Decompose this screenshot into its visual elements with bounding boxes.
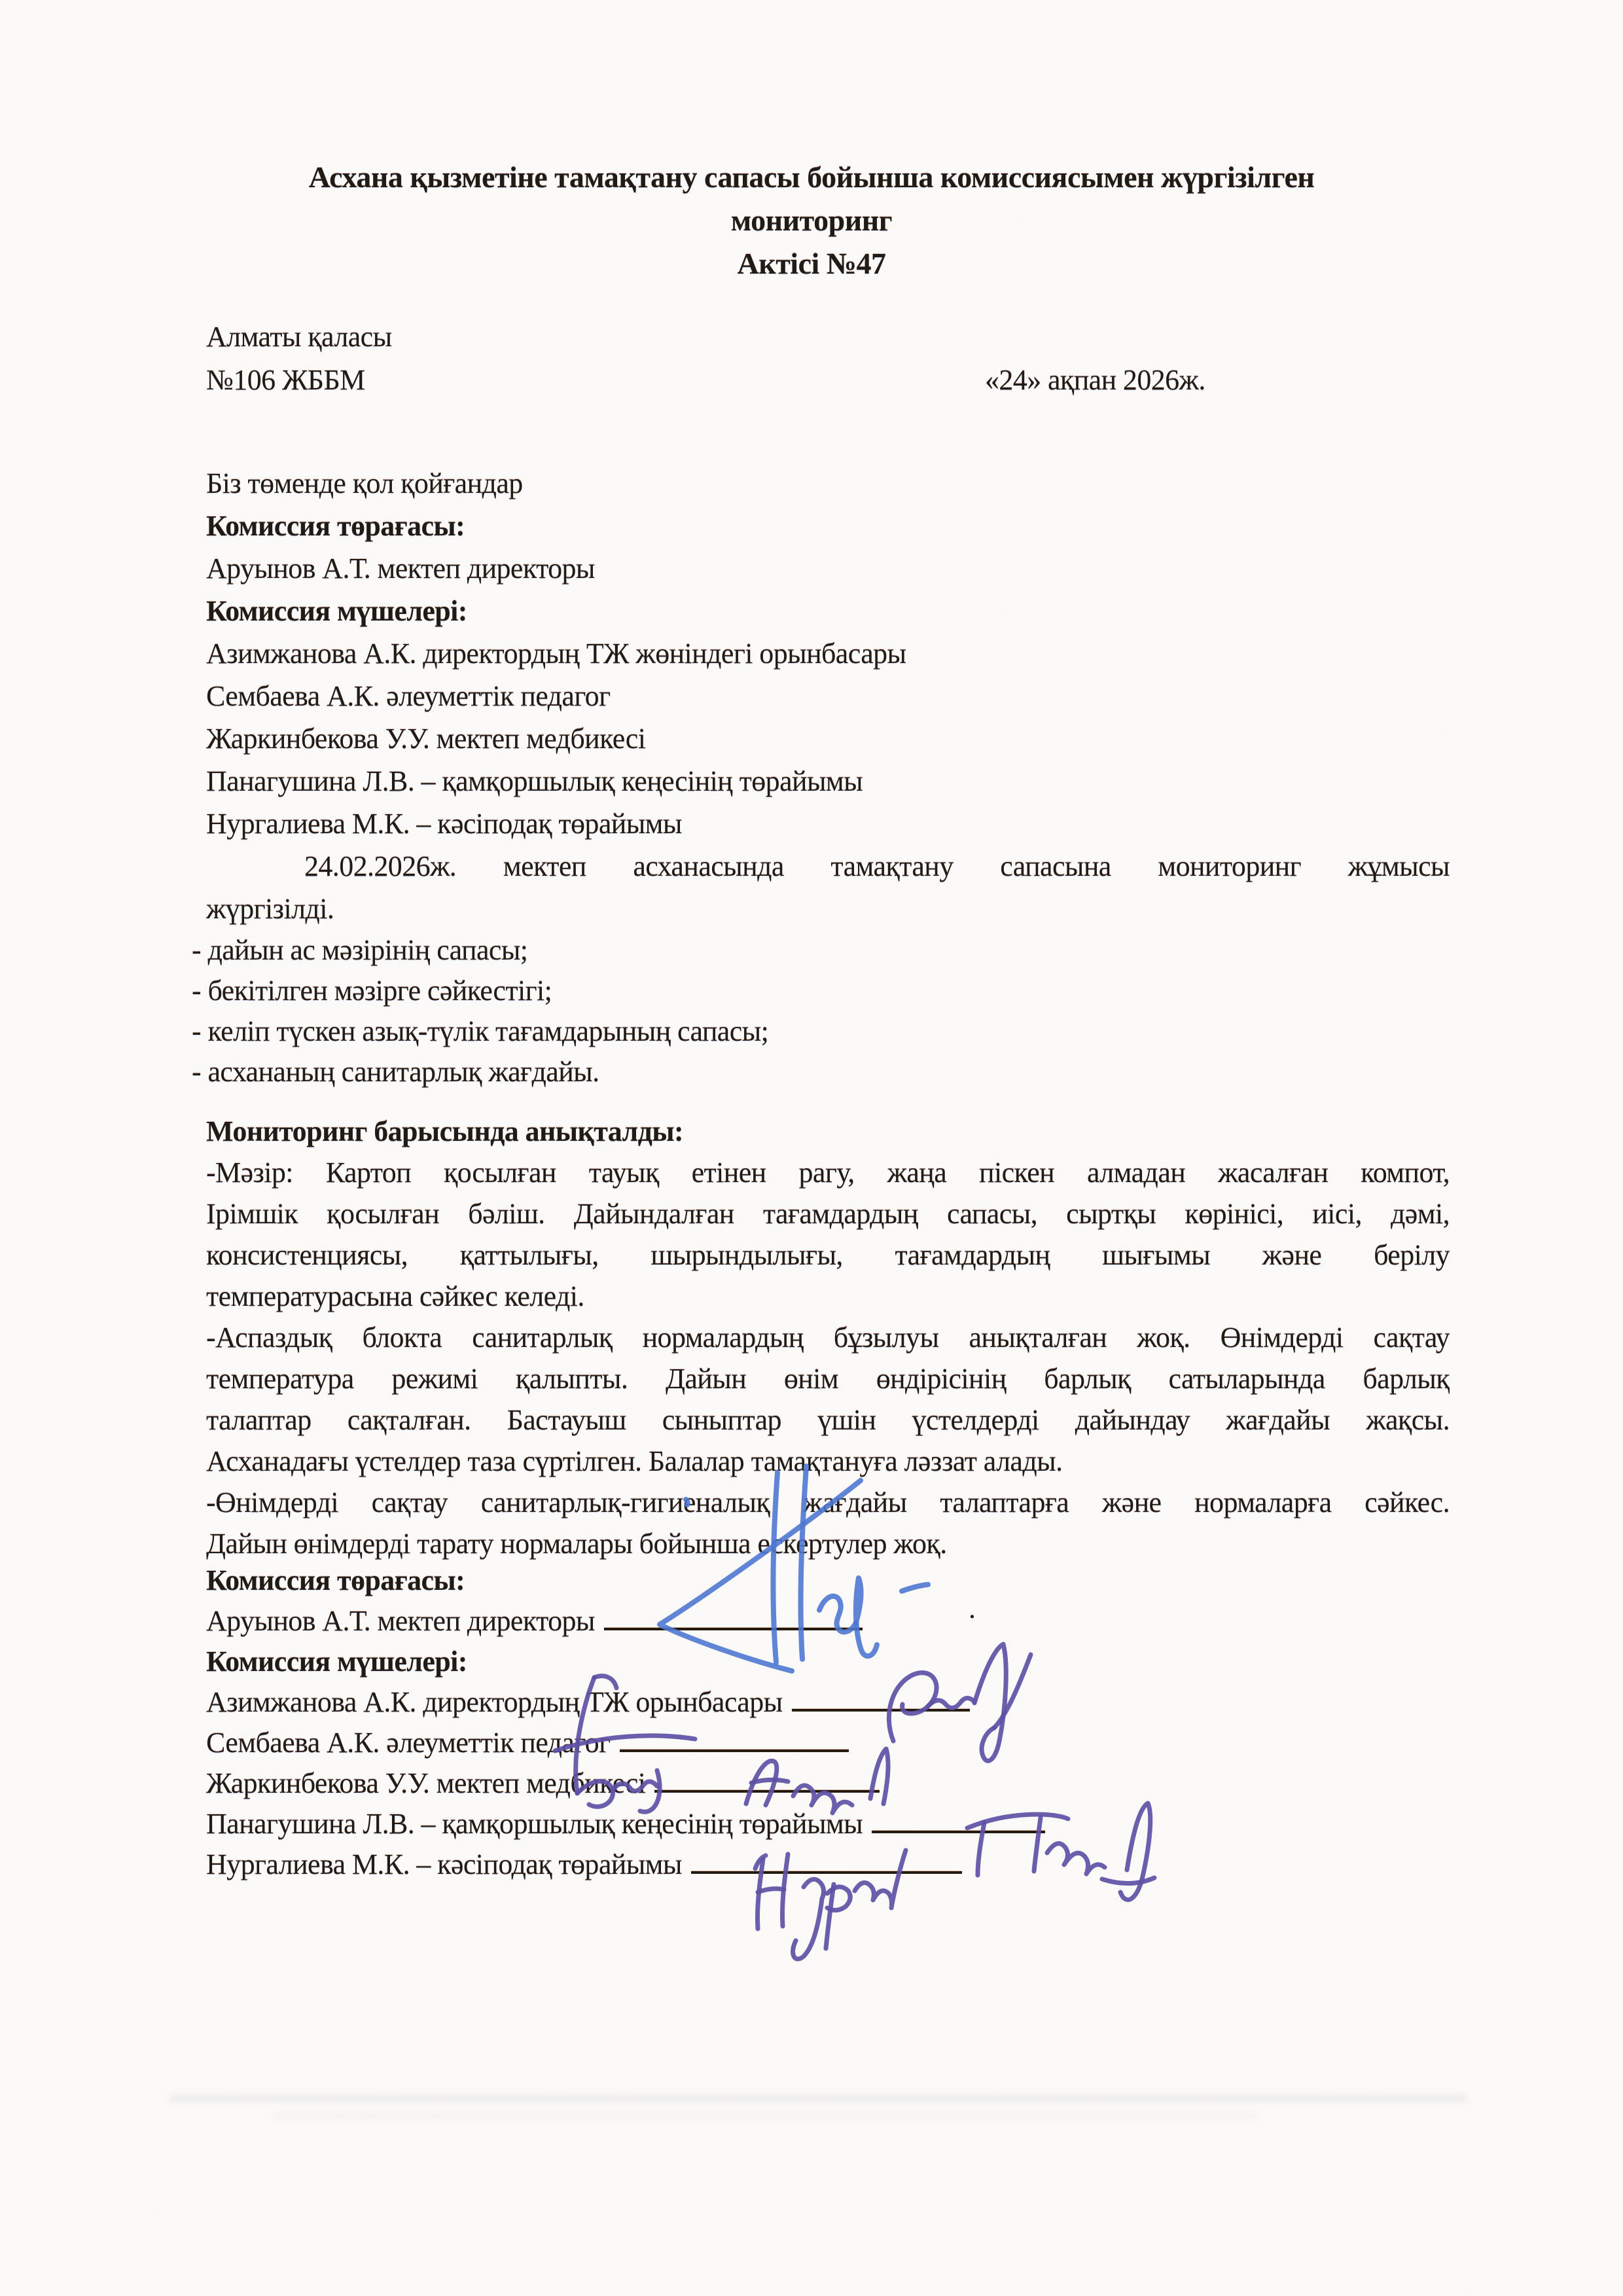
checklist: - дайын ас мәзірінің сапасы; - бекітілге… [192,930,1435,1092]
monitoring-paragraph: 24.02.2026ж. мектеп асханасында тамақтан… [206,845,1450,930]
findings-p2-line: Асханадағы үстелдер таза сүртілген. Бала… [206,1441,1450,1482]
ink-dot: . [969,1594,976,1623]
signing-member-label: Жаркинбекова У.У. мектеп медбикесі [206,1767,645,1799]
city-line: Алматы қаласы [206,315,1450,359]
member-name: Нургалиева М.К. – кәсіподақ төрайымы [206,802,1450,845]
opening-line: Біз төменде қол қойғандар [206,462,1450,505]
signing-member-row: Нургалиева М.К. – кәсіподақ төрайымы [206,1844,1450,1885]
chair-heading: Комиссия төрағасы: [206,505,1450,547]
signing-member-row: Сембаева А.К. әлеуметтік педагог [206,1723,1450,1763]
checklist-item: - асхананың санитарлық жағдайы. [192,1052,1435,1092]
signing-member-row: Жаркинбекова У.У. мектеп медбикесі [206,1763,1450,1804]
signing-member-label: Сембаева А.К. әлеуметтік педагог [206,1727,611,1759]
findings-p1-line: -Мәзір: Картоп қосылған тауық етінен раг… [206,1152,1450,1193]
signature-line [620,1749,849,1752]
title-line-1: Асхана қызметіне тамақтану сапасы бойынш… [190,156,1433,199]
checklist-item: - келіп түскен азық-түлік тағамдарының с… [192,1011,1435,1052]
signing-member-row: Азимжанова А.К. директордың ТЖ орынбасар… [206,1682,1450,1723]
signing-member-label: Азимжанова А.К. директордың ТЖ орынбасар… [206,1686,783,1718]
signing-chair-row: Аруынов А.Т. мектеп директоры [206,1601,1450,1641]
signing-members-heading: Комиссия мүшелері: [206,1641,1450,1682]
act-date: «24» ақпан 2026ж. [985,359,1205,402]
member-name: Сембаева А.К. әлеуметтік педагог [206,675,1450,717]
findings-heading: Мониторинг барысында анықталды: [206,1111,1450,1152]
findings-p1-line: Ірімшік қосылған бәліш. Дайындалған таға… [206,1193,1450,1234]
document-title: Асхана қызметіне тамақтану сапасы бойынш… [190,156,1433,285]
signing-chair-heading: Комиссия төрағасы: [206,1560,1450,1601]
checklist-item: - дайын ас мәзірінің сапасы; [192,930,1435,971]
signature-line [604,1628,863,1630]
signing-member-row: Панагушина Л.В. – қамқоршылық кеңесінің … [206,1804,1450,1844]
signature-line [872,1831,1045,1833]
signature-line [792,1709,970,1712]
act-number: Актісі №47 [190,242,1433,285]
school-name: №106 ЖББМ [206,364,365,396]
findings-p1-line: консистенциясы, қаттылығы, шырындылығы, … [206,1234,1450,1276]
signing-member-label: Панагушина Л.В. – қамқоршылық кеңесінің … [206,1808,863,1840]
findings-section: Мониторинг барысында анықталды: -Мәзір: … [206,1111,1450,1564]
scanned-act-document: Асхана қызметіне тамақтану сапасы бойынш… [0,0,1623,2296]
title-line-2: мониторинг [190,199,1433,242]
signature-line [654,1790,880,1793]
member-name: Панагушина Л.В. – қамқоршылық кеңесінің … [206,760,1450,802]
bleedthrough-smudge [170,2094,1466,2102]
members-heading: Комиссия мүшелері: [206,590,1450,632]
findings-p1-line: температурасына сәйкес келеді. [206,1276,1450,1317]
monitoring-line-1: 24.02.2026ж. мектеп асханасында тамақтан… [206,845,1450,888]
member-name: Жаркинбекова У.У. мектеп медбикесі [206,717,1450,760]
findings-p2-line: -Аспаздық блокта санитарлық нормалардың … [206,1317,1450,1358]
chair-name: Аруынов А.Т. мектеп директоры [206,547,1450,590]
signing-section: Комиссия төрағасы: Аруынов А.Т. мектеп д… [206,1560,1450,1885]
signature-line [691,1871,962,1874]
findings-p3-line: Дайын өнімдерді тарату нормалары бойынша… [206,1523,1450,1564]
school-date-line: №106 ЖББМ «24» ақпан 2026ж. [206,359,1450,402]
checklist-item: - бекітілген мәзірге сәйкестігі; [192,971,1435,1011]
findings-p3-line: -Өнімдерді сақтау санитарлық-гигиеналық … [206,1482,1450,1523]
signing-member-label: Нургалиева М.К. – кәсіподақ төрайымы [206,1848,682,1880]
commission-intro: Біз төменде қол қойғандар Комиссия төрағ… [206,462,1450,845]
member-name: Азимжанова А.К. директордың ТЖ жөніндегі… [206,632,1450,675]
place-date-block: Алматы қаласы №106 ЖББМ «24» ақпан 2026ж… [206,315,1450,402]
findings-p2-line: талаптар сақталған. Бастауыш сыныптар үш… [206,1399,1450,1441]
signing-chair-label: Аруынов А.Т. мектеп директоры [206,1605,595,1637]
findings-p2-line: температура режимі қалыпты. Дайын өнім ө… [206,1358,1450,1399]
monitoring-line-2: жүргізілді. [206,888,1450,930]
bleedthrough-smudge [275,2113,1257,2119]
